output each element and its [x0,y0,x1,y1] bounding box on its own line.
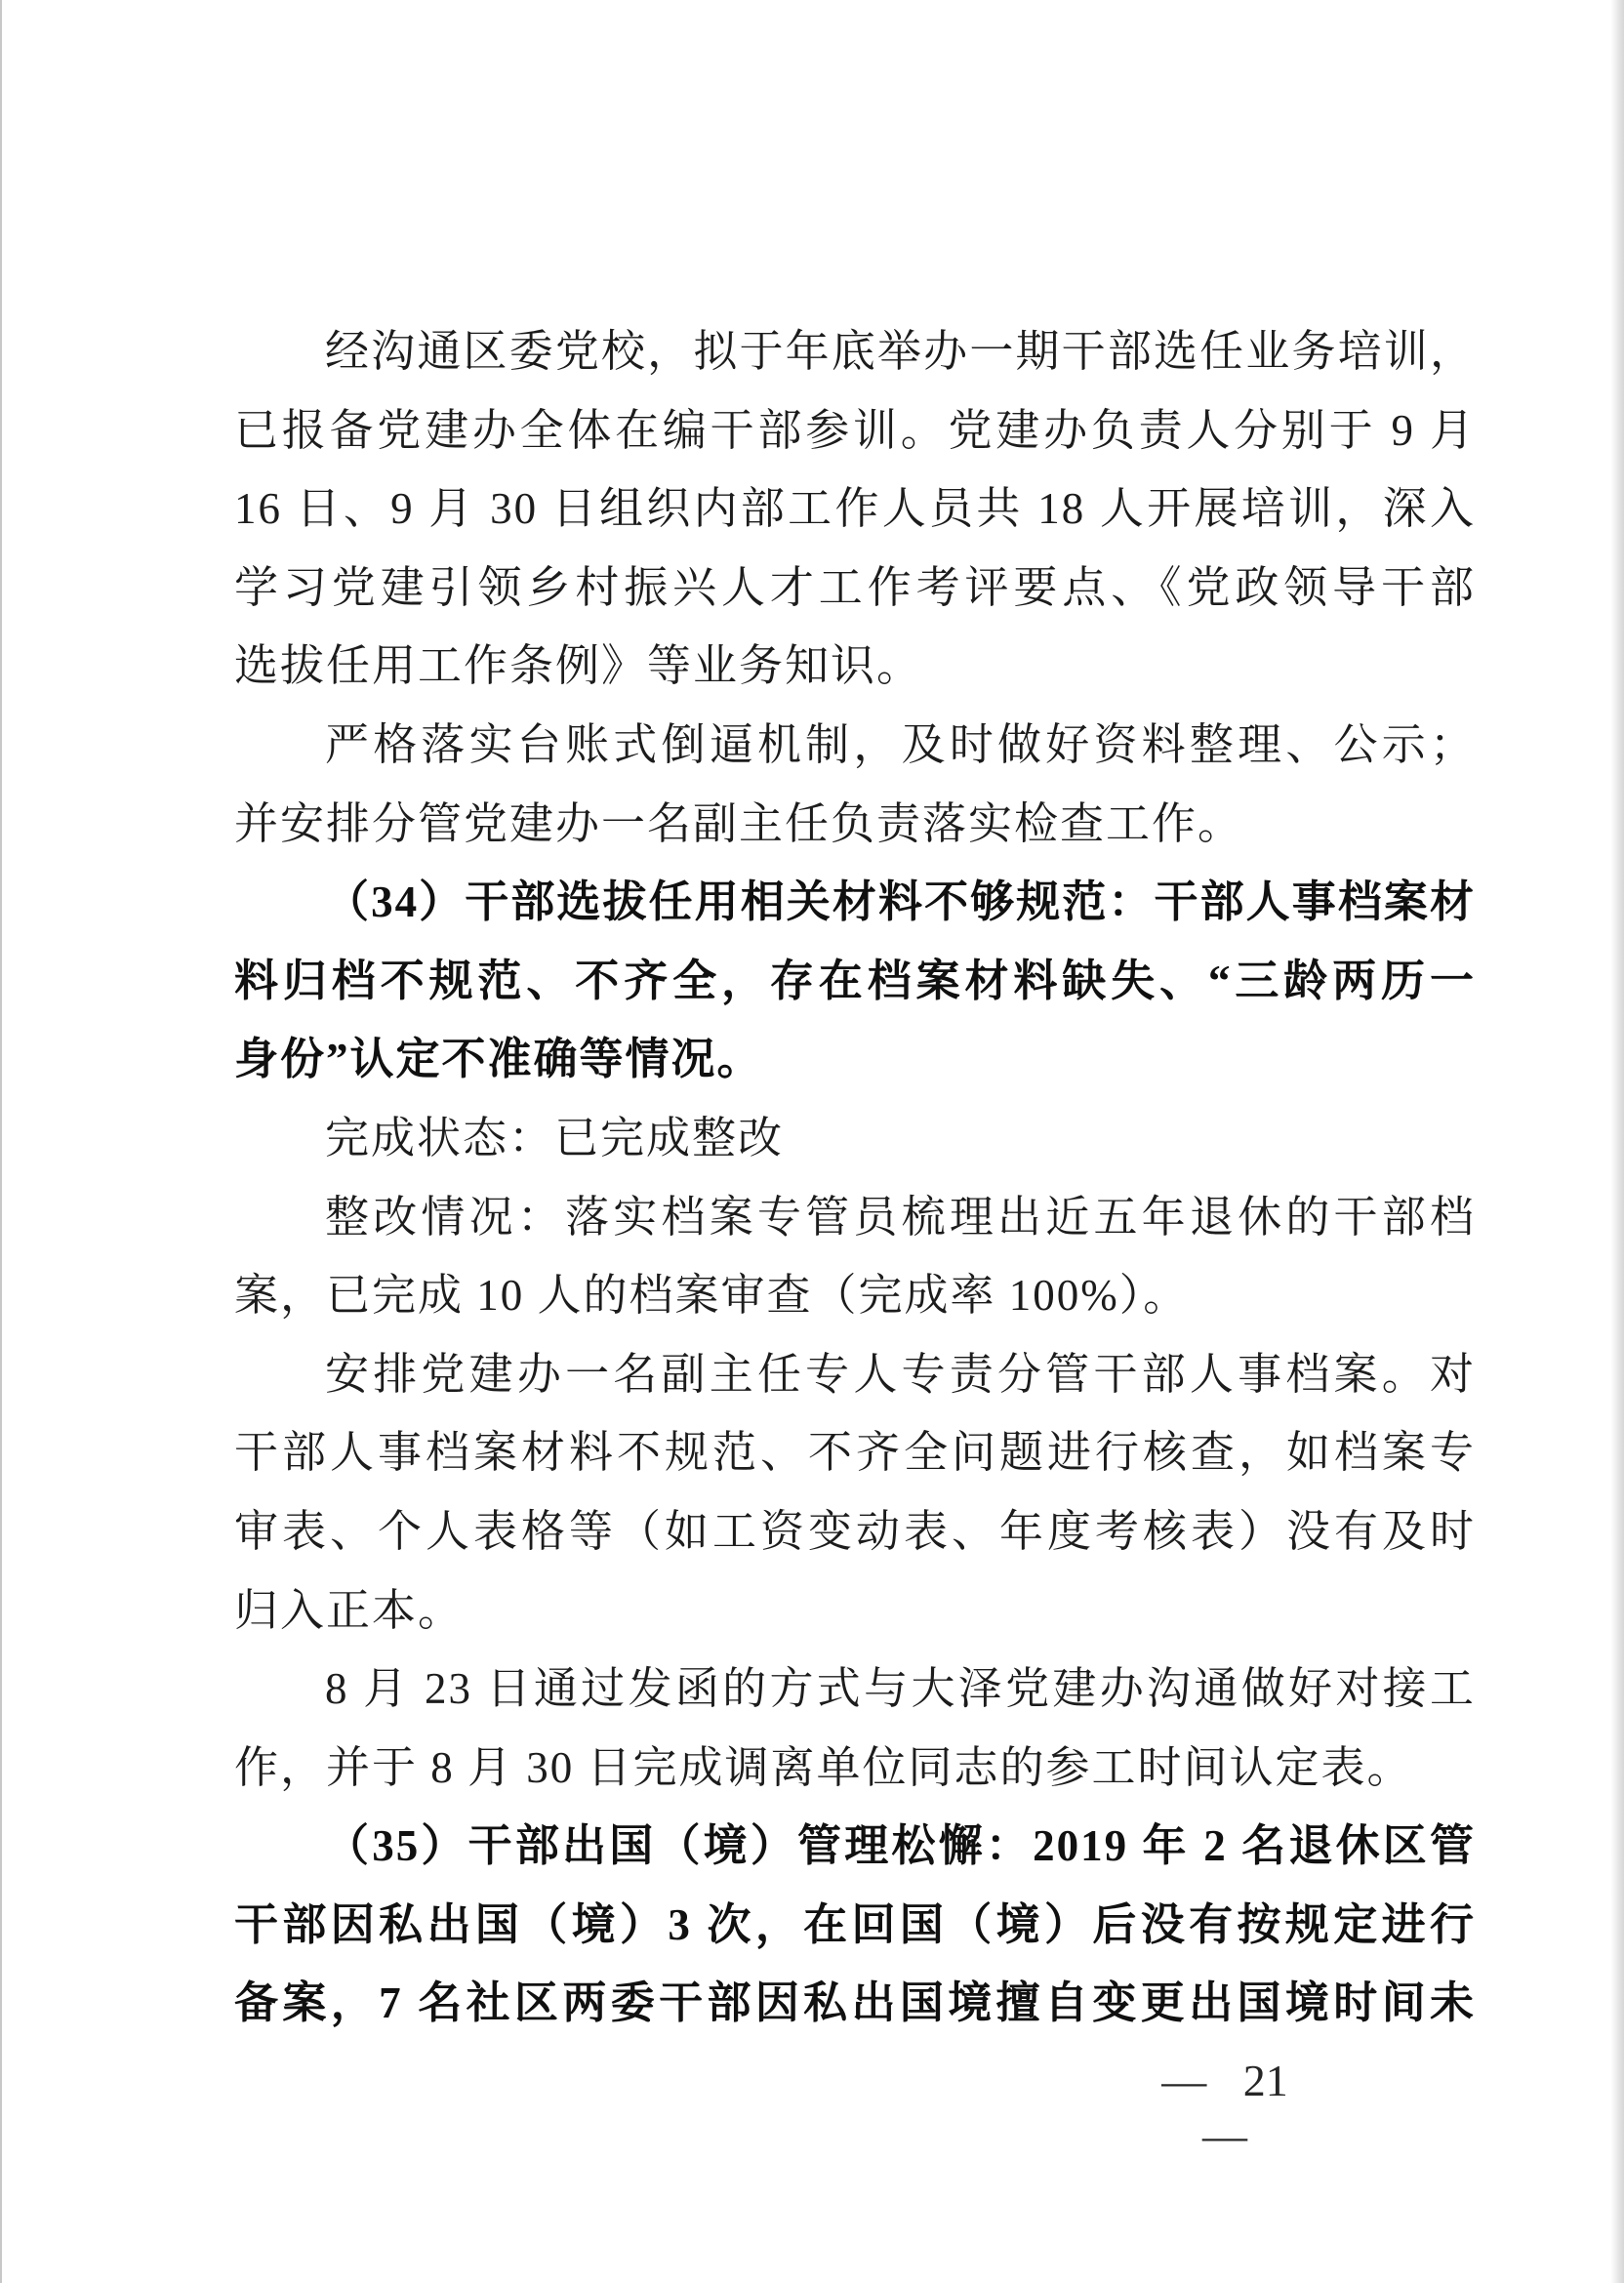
text-line: 审表、个人表格等（如工资变动表、年度考核表）没有及时 [234,1492,1476,1571]
text-line: 16 日、9 月 30 日组织内部工作人员共 18 人开展培训，深入 [234,469,1476,549]
text-line: 严格落实台账式倒逼机制，及时做好资料整理、公示； [234,706,1476,785]
text-line: （34）干部选拔任用相关材料不够规范：干部人事档案材 [234,863,1476,942]
scan-edge-left [0,0,2,2283]
text-line: 安排党建办一名副主任专人专责分管干部人事档案。对 [234,1335,1476,1414]
text-line: 备案，7 名社区两委干部因私出国境擅自变更出国境时间未 [234,1964,1476,2043]
text-line: 8 月 23 日通过发函的方式与大泽党建办沟通做好对接工 [234,1650,1476,1729]
text-line: 干部人事档案材料不规范、不齐全问题进行核查，如档案专 [234,1413,1476,1492]
text-line: 干部因私出国（境）3 次，在回国（境）后没有按规定进行 [234,1886,1476,1965]
text-line: 料归档不规范、不齐全，存在档案材料缺失、“三龄两历一 [234,942,1476,1021]
scan-edge-right [1610,0,1624,2283]
text-line: 整改情况：落实档案专管员梳理出近五年退休的干部档 [234,1178,1476,1257]
text-line: 已报备党建办全体在编干部参训。党建办负责人分别于 9 月 [234,391,1476,470]
text-line: 学习党建引领乡村振兴人才工作考评要点、《党政领导干部 [234,549,1476,628]
text-line: （35）干部出国（境）管理松懈：2019 年 2 名退休区管 [234,1807,1476,1886]
text-line: 案，已完成 10 人的档案审查（完成率 100%）。 [234,1256,1476,1335]
text-line: 并安排分管党建办一名副主任负责落实检查工作。 [234,785,1476,864]
page-number: — 21 — [1127,2054,1322,2163]
document-page: 经沟通区委党校，拟于年底举办一期干部选任业务培训，已报备党建办全体在编干部参训。… [0,0,1624,2283]
text-line: 作，并于 8 月 30 日完成调离单位同志的参工时间认定表。 [234,1729,1476,1808]
text-line: 身份”认定不准确等情况。 [234,1020,1476,1099]
text-line: 经沟通区委党校，拟于年底举办一期干部选任业务培训， [234,312,1476,391]
text-line: 选拔任用工作条例》等业务知识。 [234,627,1476,706]
text-line: 归入正本。 [234,1571,1476,1651]
text-line: 完成状态：已完成整改 [234,1099,1476,1178]
document-body: 经沟通区委党校，拟于年底举办一期干部选任业务培训，已报备党建办全体在编干部参训。… [234,312,1476,2043]
